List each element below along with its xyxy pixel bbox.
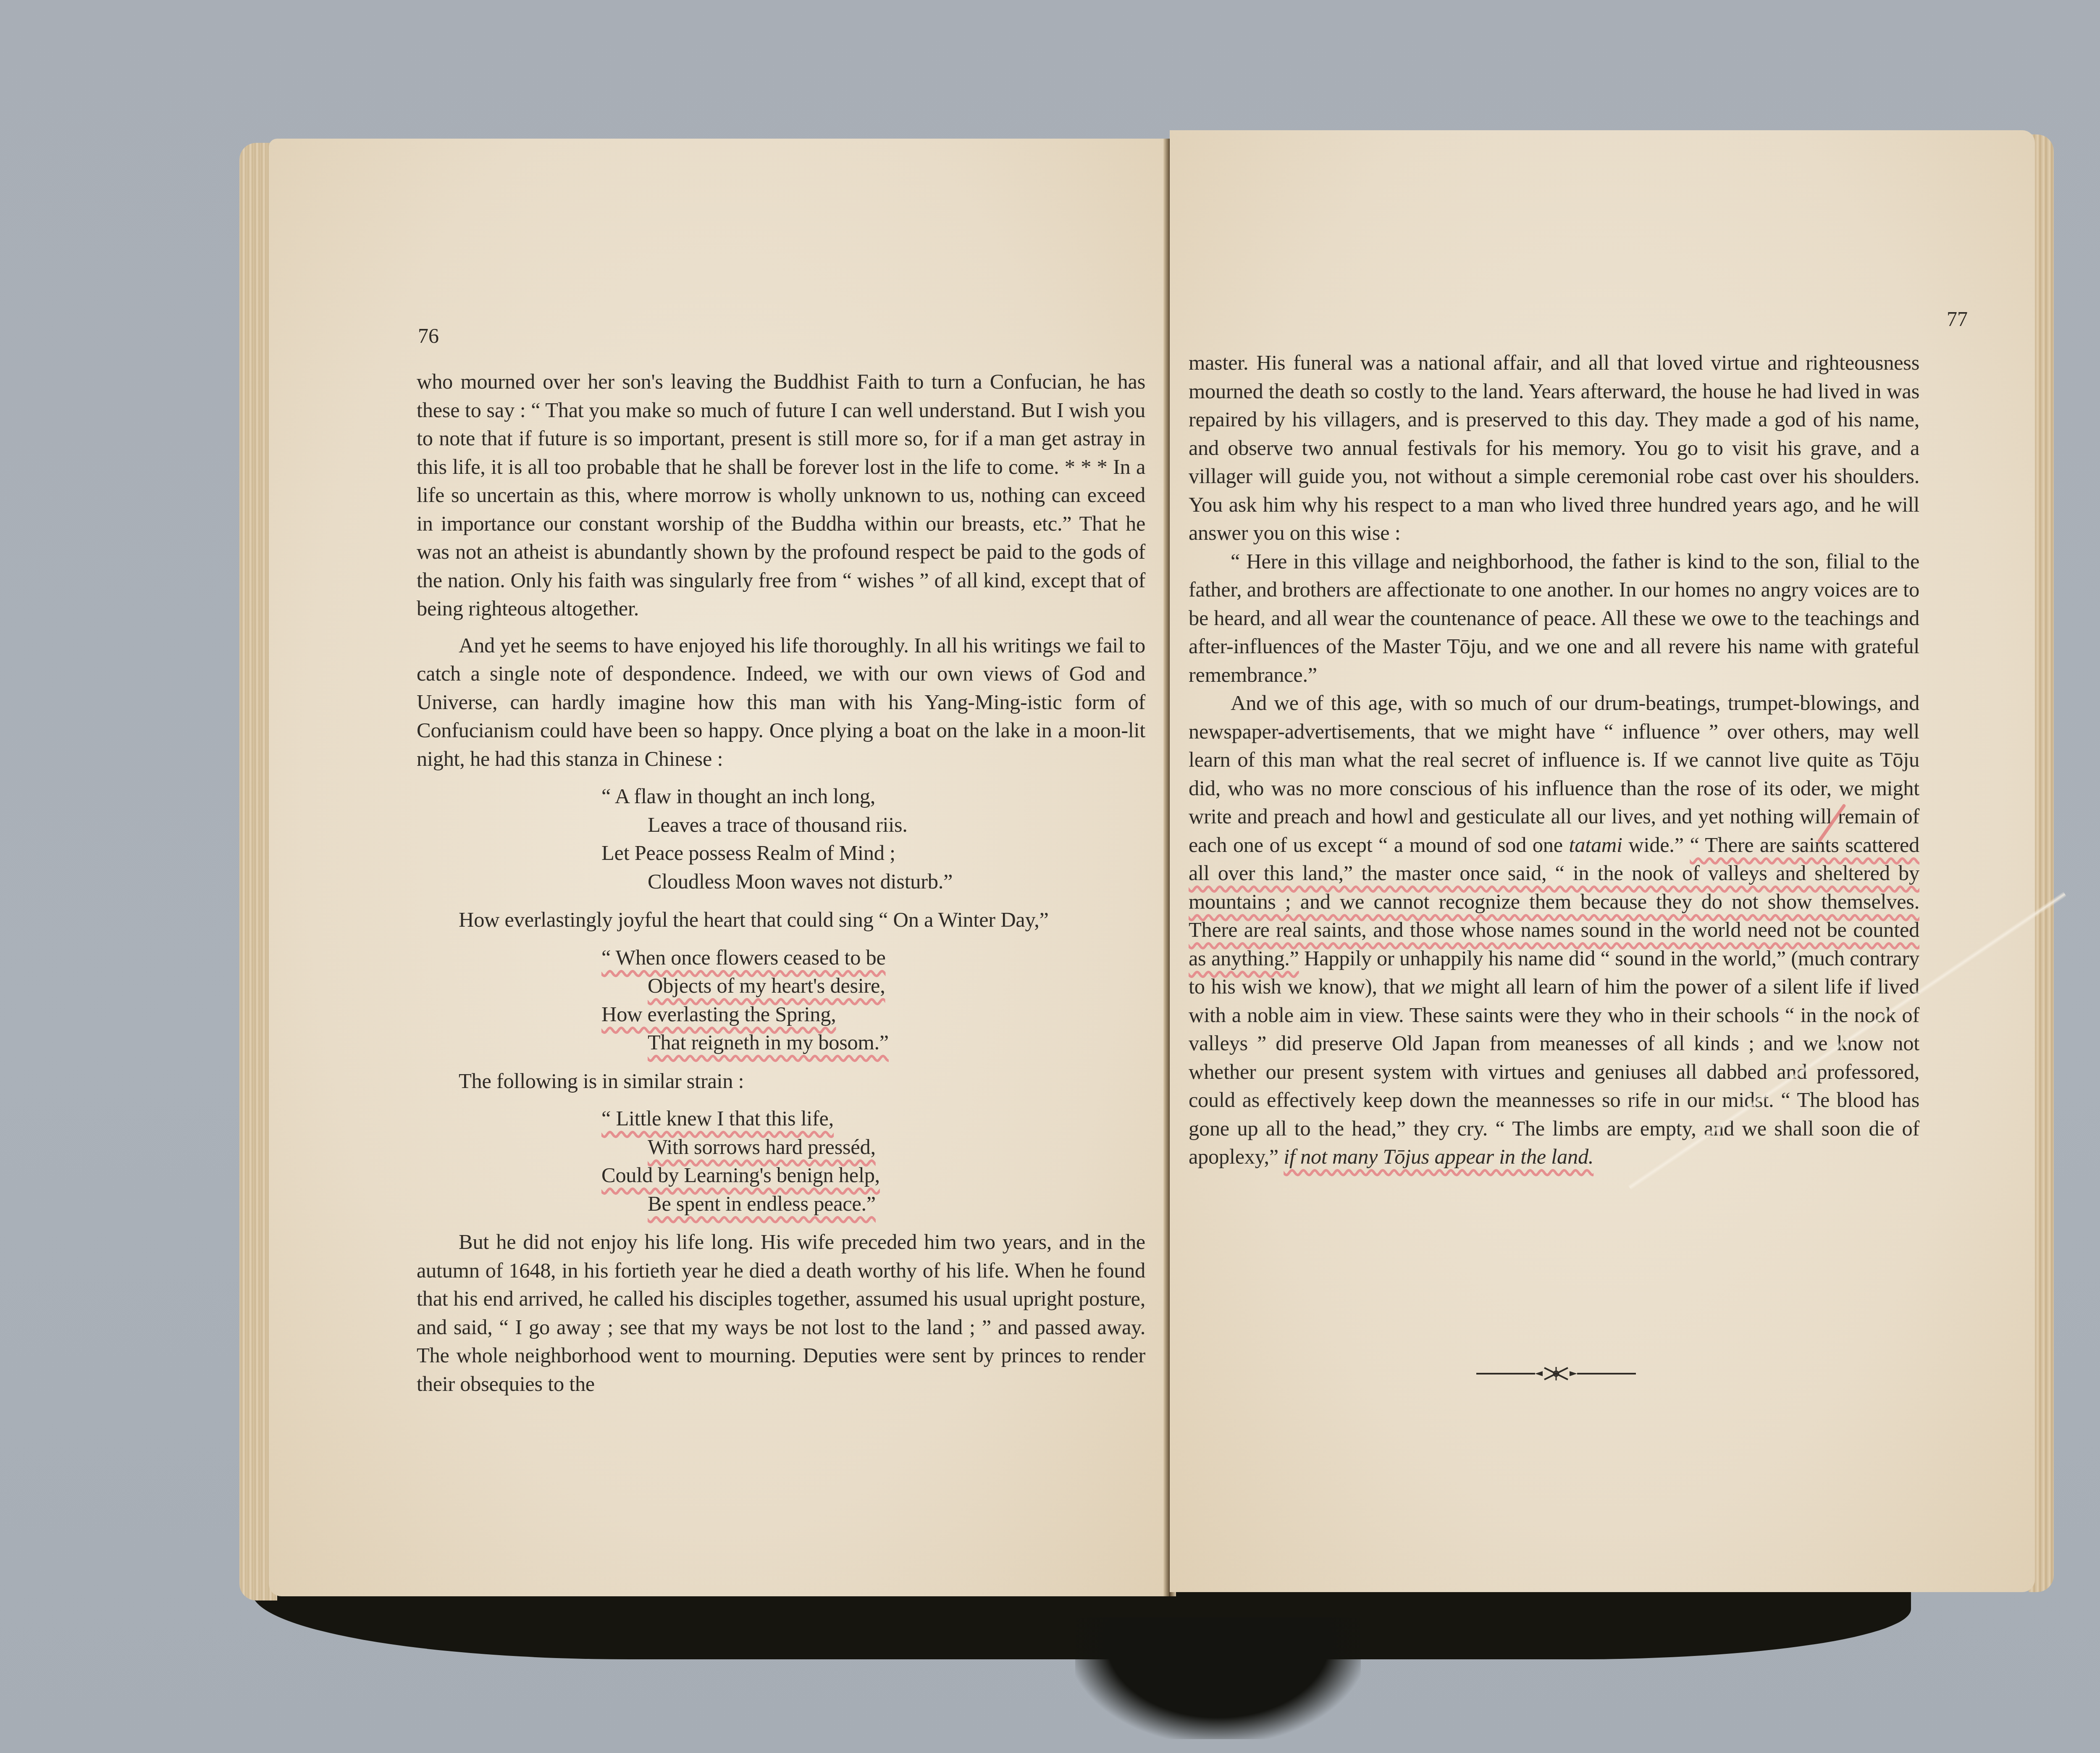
verse-line: Could by Learning's benign help, xyxy=(601,1161,1145,1190)
paragraph: And we of this age, with so much of our … xyxy=(1189,689,1919,1171)
verse-stanza-2: “ When once flowers ceased to be Objects… xyxy=(417,944,1145,1057)
verse-intro: The following is in similar strain : xyxy=(417,1067,1145,1096)
text-run: And we of this age, with so much of our … xyxy=(1189,691,1919,857)
verse-line: How everlasting the Spring, xyxy=(601,1000,1145,1029)
verse-intro: How everlastingly joyful the heart that … xyxy=(417,906,1145,934)
paragraph: But he did not enjoy his life long. His … xyxy=(417,1228,1145,1398)
italic-closing: if not many Tōjus appear in the land. xyxy=(1284,1145,1593,1168)
paragraph: master. His funeral was a national affai… xyxy=(1189,349,1919,547)
text-run: wide.” xyxy=(1622,833,1690,857)
verse-line: That reigneth in my bosom.” xyxy=(601,1028,1145,1057)
verse-line: Let Peace possess Realm of Mind ; xyxy=(601,839,1145,867)
italic-term: we xyxy=(1421,975,1444,998)
verse-line: Leaves a trace of thousand riis. xyxy=(601,811,1145,839)
tailpiece-ornament-icon xyxy=(1472,1365,1640,1382)
verse-line: “ A flaw in thought an inch long, xyxy=(601,782,1145,811)
left-page-text: who mourned over her son's leaving the B… xyxy=(417,368,1145,1398)
verse-line: Be spent in endless peace.” xyxy=(601,1190,1145,1218)
page-number-left: 76 xyxy=(418,323,439,348)
verse-stanza-1: “ A flaw in thought an inch long, Leaves… xyxy=(417,782,1145,896)
italic-term: tatami xyxy=(1569,833,1622,857)
verse-line: “ Little knew I that this life, xyxy=(601,1104,1145,1133)
verse-stanza-3: “ Little knew I that this life, With sor… xyxy=(417,1104,1145,1218)
text-run: might all learn of him the power of a si… xyxy=(1189,975,1919,1168)
verse-line: With sorrows hard presséd, xyxy=(601,1133,1145,1162)
left-page: 76 who mourned over her son's leaving th… xyxy=(269,139,1168,1596)
page-number-right: 77 xyxy=(1947,307,1968,331)
verse-line: “ When once flowers ceased to be xyxy=(601,944,1145,972)
verse-line: Objects of my heart's desire, xyxy=(601,972,1145,1000)
paragraph-quote: “ Here in this village and neighborhood,… xyxy=(1189,547,1919,689)
right-page-text: master. His funeral was a national affai… xyxy=(1189,349,1919,1171)
right-page: 77 master. His funeral was a national af… xyxy=(1170,130,2035,1592)
paragraph: And yet he seems to have enjoyed his lif… xyxy=(417,631,1145,773)
book-shadow-drip xyxy=(1075,1617,1361,1739)
verse-line: Cloudless Moon waves not disturb.” xyxy=(601,867,1145,896)
paragraph: who mourned over her son's leaving the B… xyxy=(417,368,1145,623)
